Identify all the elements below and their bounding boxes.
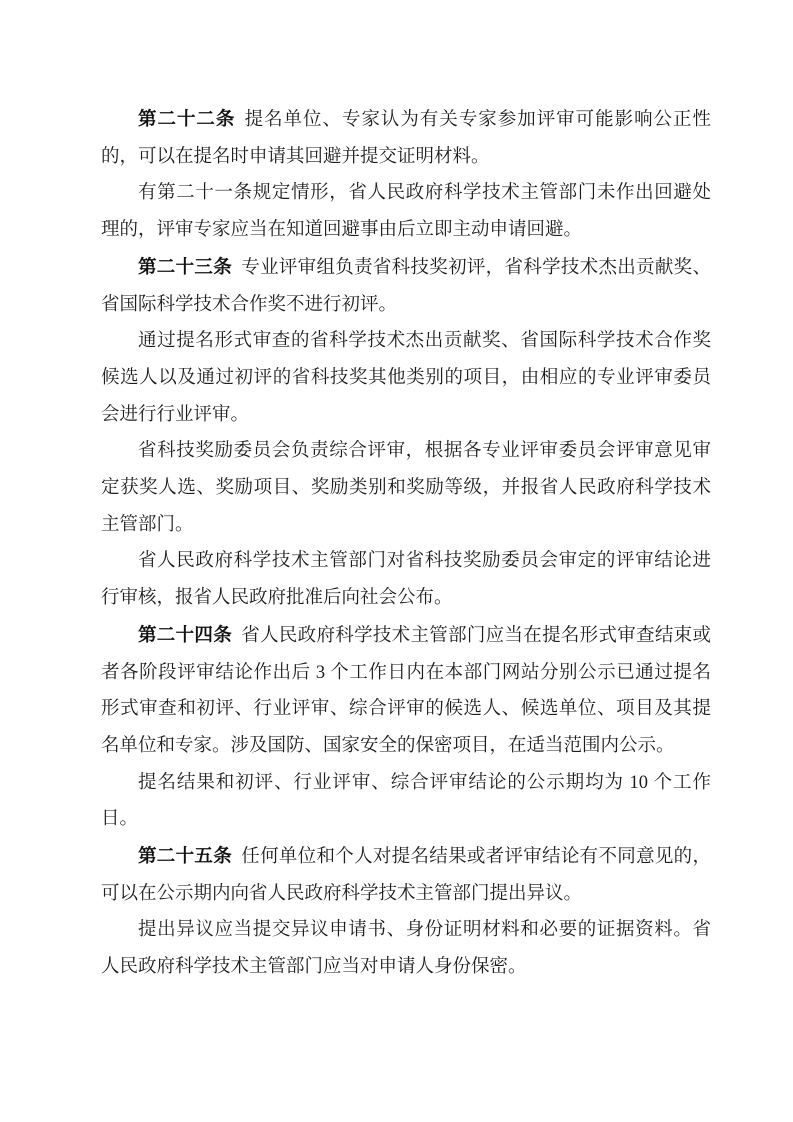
paragraph-text: 通过提名形式审查的省科学技术杰出贡献奖、省国际科学技术合作奖候选人以及通过初评的… bbox=[101, 331, 711, 424]
paragraph-text: 提名结果和初评、行业评审、综合评审结论的公示期均为 10 个工作日。 bbox=[101, 773, 711, 830]
paragraph: 通过提名形式审查的省科学技术杰出贡献奖、省国际科学技术合作奖候选人以及通过初评的… bbox=[101, 323, 711, 433]
paragraph-text: 省人民政府科学技术主管部门应当在提名形式审查结束或者各阶段评审结论作出后 3 个… bbox=[101, 626, 711, 756]
article-number: 第二十二条 bbox=[138, 108, 235, 129]
article-number: 第二十四条 bbox=[138, 624, 232, 645]
paragraph: 有第二十一条规定情形，省人民政府科学技术主管部门未作出回避处理的，评审专家应当在… bbox=[101, 175, 711, 248]
article-number: 第二十三条 bbox=[138, 256, 232, 277]
paragraph-text: 省人民政府科学技术主管部门对省科技奖励委员会审定的评审结论进行审核，报省人民政府… bbox=[101, 551, 711, 608]
article-number: 第二十五条 bbox=[138, 845, 232, 866]
paragraph: 第二十四条省人民政府科学技术主管部门应当在提名形式审查结束或者各阶段评审结论作出… bbox=[101, 617, 711, 765]
paragraph: 第二十三条专业评审组负责省科技奖初评，省科学技术杰出贡献奖、省国际科学技术合作奖… bbox=[101, 249, 711, 323]
document-body: 第二十二条提名单位、专家认为有关专家参加评审可能影响公正性的，可以在提名时申请其… bbox=[101, 101, 711, 986]
paragraph: 第二十二条提名单位、专家认为有关专家参加评审可能影响公正性的，可以在提名时申请其… bbox=[101, 101, 711, 175]
paragraph-text: 提出异议应当提交异议申请书、身份证明材料和必要的证据资料。省人民政府科学技术主管… bbox=[101, 920, 711, 977]
paragraph: 省人民政府科学技术主管部门对省科技奖励委员会审定的评审结论进行审核，报省人民政府… bbox=[101, 543, 711, 616]
document-page: 第二十二条提名单位、专家认为有关专家参加评审可能影响公正性的，可以在提名时申请其… bbox=[0, 0, 793, 1122]
paragraph-text: 有第二十一条规定情形，省人民政府科学技术主管部门未作出回避处理的，评审专家应当在… bbox=[101, 183, 711, 240]
paragraph-text: 省科技奖励委员会负责综合评审，根据各专业评审委员会评审意见审定获奖人选、奖励项目… bbox=[101, 441, 711, 534]
paragraph: 提出异议应当提交异议申请书、身份证明材料和必要的证据资料。省人民政府科学技术主管… bbox=[101, 912, 711, 985]
paragraph: 省科技奖励委员会负责综合评审，根据各专业评审委员会评审意见审定获奖人选、奖励项目… bbox=[101, 433, 711, 543]
paragraph: 第二十五条任何单位和个人对提名结果或者评审结论有不同意见的，可以在公示期内向省人… bbox=[101, 838, 711, 912]
paragraph: 提名结果和初评、行业评审、综合评审结论的公示期均为 10 个工作日。 bbox=[101, 765, 711, 838]
